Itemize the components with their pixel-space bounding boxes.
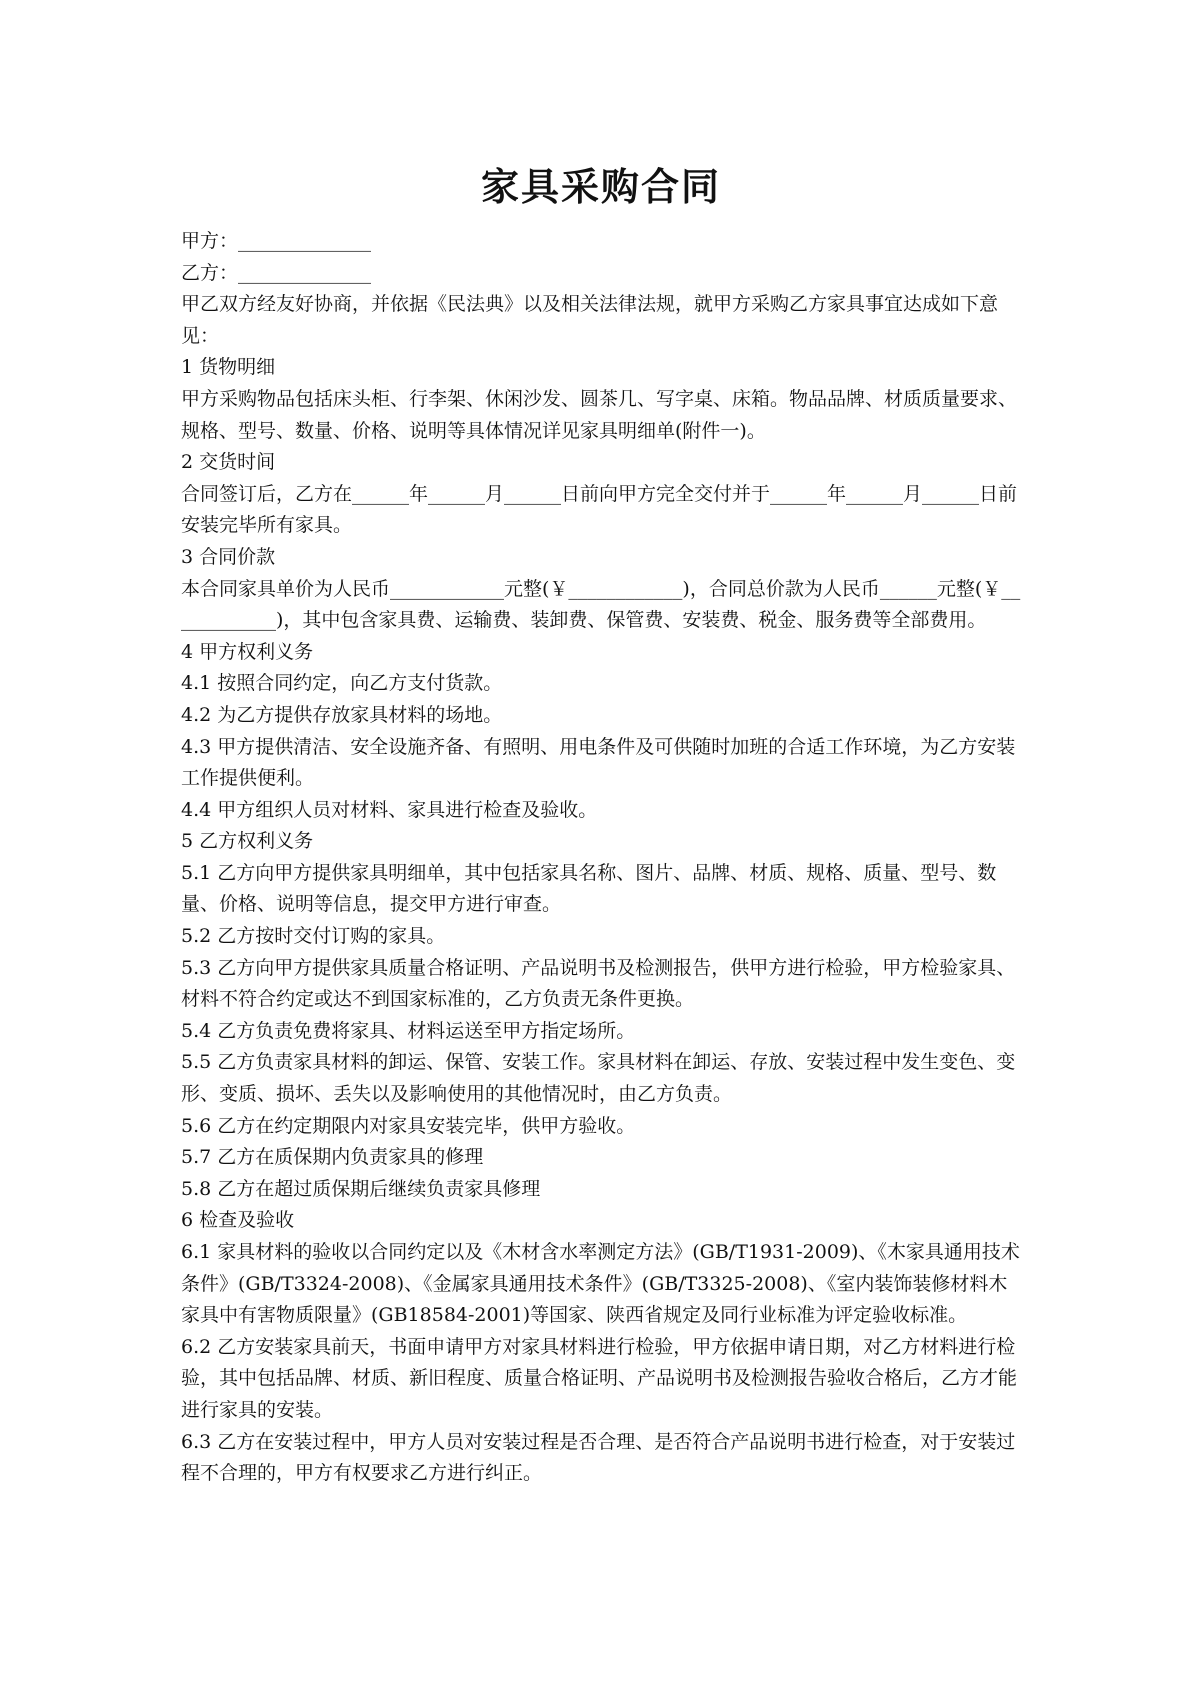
party-a-line: 甲方：______________ (181, 226, 1021, 258)
document-page: 家具采购合同 甲方：______________ 乙方：____________… (181, 160, 1021, 1490)
clause: 5.4 乙方负责免费将家具、材料运送至甲方指定场所。 (181, 1016, 1021, 1048)
document-title: 家具采购合同 (181, 160, 1021, 214)
section-heading-3: 3 合同价款 (181, 542, 1021, 574)
paragraph: 合同签订后，乙方在______年______月______日前向甲方完全交付并于… (181, 479, 1021, 542)
clause: 5.7 乙方在质保期内负责家具的修理 (181, 1142, 1021, 1174)
clause: 4.3 甲方提供清洁、安全设施齐备、有照明、用电条件及可供随时加班的合适工作环境… (181, 732, 1021, 795)
clause: 4.4 甲方组织人员对材料、家具进行检查及验收。 (181, 795, 1021, 827)
clause: 6.2 乙方安装家具前天，书面申请甲方对家具材料进行检验，甲方依据申请日期，对乙… (181, 1332, 1021, 1427)
preamble: 甲乙双方经友好协商，并依据《民法典》以及相关法律法规，就甲方采购乙方家具事宜达成… (181, 289, 1021, 352)
party-b-line: 乙方：______________ (181, 258, 1021, 290)
clause: 5.5 乙方负责家具材料的卸运、保管、安装工作。家具材料在卸运、存放、安装过程中… (181, 1047, 1021, 1110)
clause: 5.2 乙方按时交付订购的家具。 (181, 921, 1021, 953)
clause: 5.6 乙方在约定期限内对家具安装完毕，供甲方验收。 (181, 1111, 1021, 1143)
clause: 5.3 乙方向甲方提供家具质量合格证明、产品说明书及检测报告，供甲方进行检验，甲… (181, 953, 1021, 1016)
clause: 5.1 乙方向甲方提供家具明细单，其中包括家具名称、图片、品牌、材质、规格、质量… (181, 858, 1021, 921)
clause: 6.1 家具材料的验收以合同约定以及《木材含水率测定方法》(GB/T1931-2… (181, 1237, 1021, 1332)
clause: 4.1 按照合同约定，向乙方支付货款。 (181, 668, 1021, 700)
paragraph: 甲方采购物品包括床头柜、行李架、休闲沙发、圆茶几、写字桌、床箱。物品品牌、材质质… (181, 384, 1021, 447)
section-heading-5: 5 乙方权利义务 (181, 826, 1021, 858)
paragraph: 本合同家具单价为人民币____________元整(￥____________)… (181, 574, 1021, 637)
clause: 4.2 为乙方提供存放家具材料的场地。 (181, 700, 1021, 732)
section-heading-2: 2 交货时间 (181, 447, 1021, 479)
section-heading-6: 6 检查及验收 (181, 1205, 1021, 1237)
clause: 6.3 乙方在安装过程中，甲方人员对安装过程是否合理、是否符合产品说明书进行检查… (181, 1427, 1021, 1490)
section-heading-4: 4 甲方权利义务 (181, 637, 1021, 669)
clause: 5.8 乙方在超过质保期后继续负责家具修理 (181, 1174, 1021, 1206)
document-body: 甲方：______________ 乙方：______________ 甲乙双方… (181, 226, 1021, 1490)
section-heading-1: 1 货物明细 (181, 352, 1021, 384)
